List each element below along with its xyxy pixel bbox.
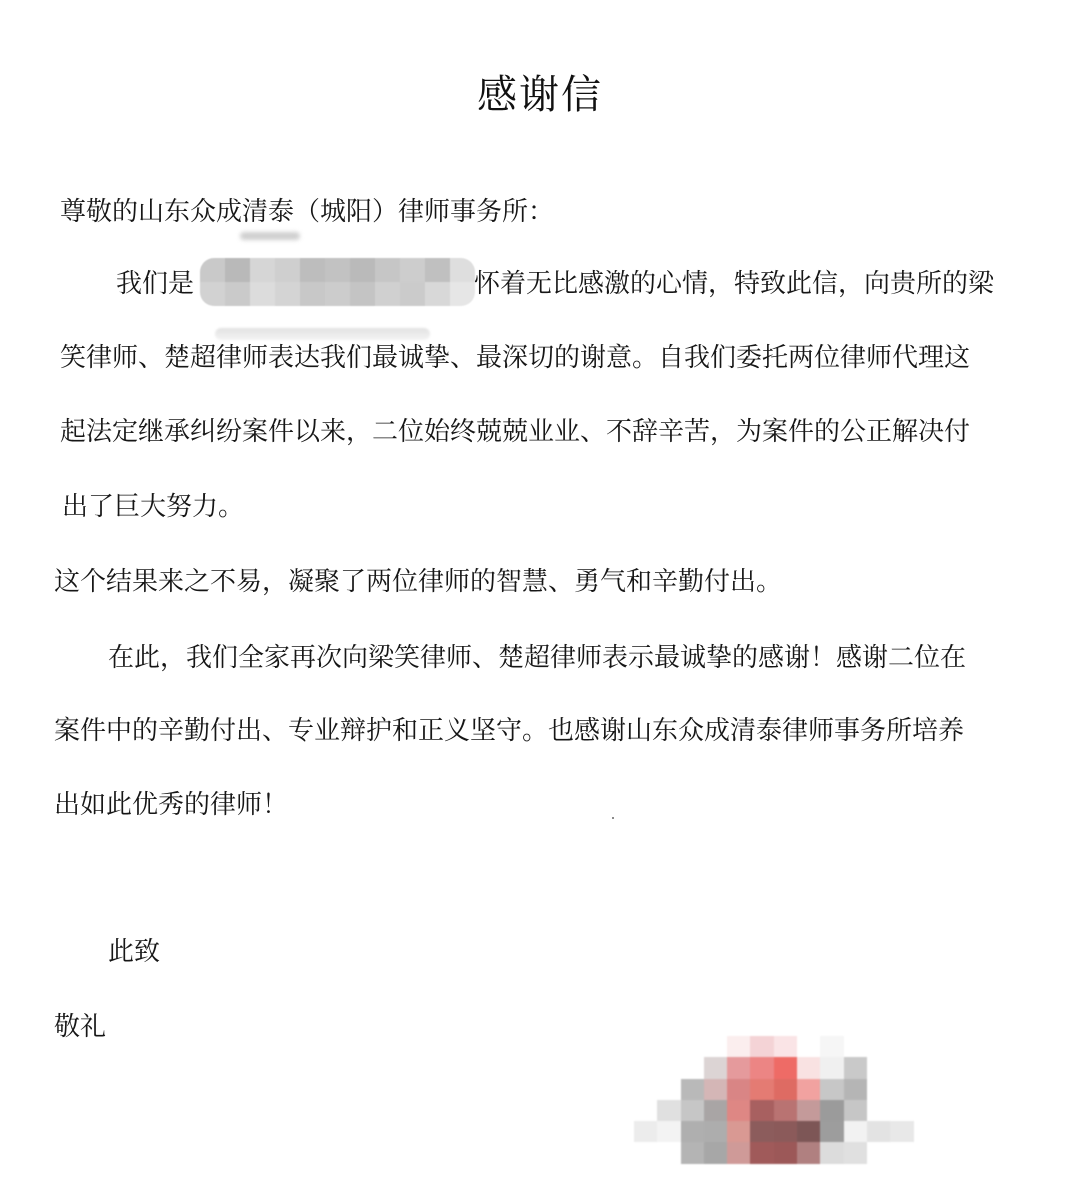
paragraph3-line3: 出如此优秀的律师！ [54, 789, 288, 821]
stray-dot [612, 817, 614, 819]
paragraph1-line4: 出了巨大努力。 [62, 491, 244, 523]
paragraph2: 这个结果来之不易，凝聚了两位律师的智慧、勇气和辛勤付出。 [54, 566, 782, 598]
redaction-shadow [240, 232, 300, 240]
letter-title: 感谢信 [0, 63, 1080, 120]
paragraph1-line3: 起法定继承纠纷案件以来，二位始终兢兢业业、不辞辛苦，为案件的公正解决付 [60, 416, 970, 448]
paragraph1-line1-prefix: 我们是 [116, 268, 194, 300]
salutation: 尊敬的山东众成清泰（城阳）律师事务所： [60, 196, 554, 228]
paragraph3-line2: 案件中的辛勤付出、专业辩护和正义坚守。也感谢山东众成清泰律师事务所培养 [54, 715, 964, 747]
redacted-sender-name [200, 258, 475, 306]
closing-line1: 此致 [108, 936, 160, 968]
paragraph3-line1: 在此，我们全家再次向梁笑律师、楚超律师表示最诚挚的感谢！感谢二位在 [108, 642, 966, 674]
redacted-signature-seal [634, 1036, 914, 1164]
closing-line2: 敬礼 [54, 1011, 106, 1043]
paragraph1-line1-suffix: 怀着无比感激的心情，特致此信，向贵所的梁 [474, 268, 994, 300]
redaction-shadow [215, 328, 430, 340]
paragraph1-line2: 笑律师、楚超律师表达我们最诚挚、最深切的谢意。自我们委托两位律师代理这 [60, 342, 970, 374]
